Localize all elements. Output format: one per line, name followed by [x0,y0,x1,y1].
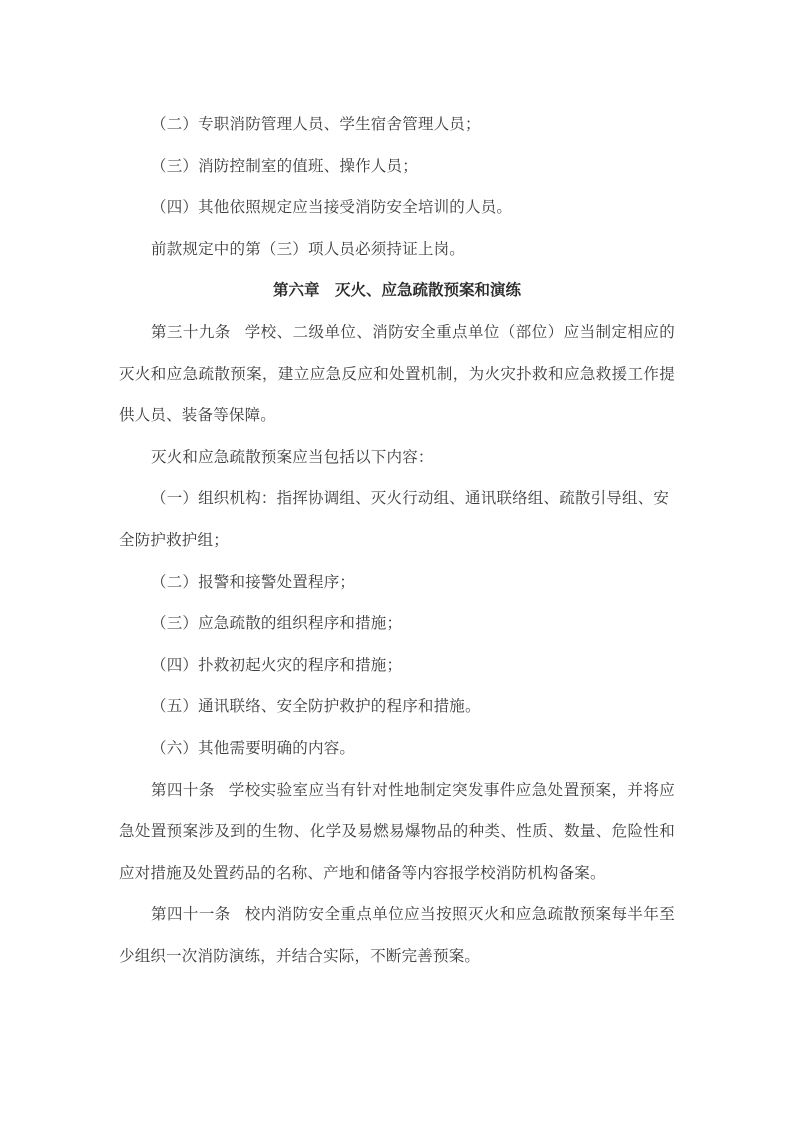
training-item-4: （四）其他依照规定应当接受消防安全培训的人员。 [119,187,675,229]
plan-item-2: （二）报警和接警处置程序； [119,562,675,604]
plan-item-1: （一）组织机构：指挥协调组、灭火行动组、通讯联络组、疏散引导组、安全防护救护组； [119,478,675,561]
chapter-heading: 第六章 灭火、应急疏散预案和演练 [119,270,675,312]
article-40-number: 第四十条 [151,781,215,799]
article-40: 第四十条学校实验室应当有针对性地制定突发事件应急处置预案，并将应急处置预案涉及到… [119,770,675,895]
article-41: 第四十一条校内消防安全重点单位应当按照灭火和应急疏散预案每半年至少组织一次消防演… [119,894,675,977]
plan-item-3: （三）应急疏散的组织程序和措施； [119,603,675,645]
article-41-number: 第四十一条 [151,905,231,923]
document-page: （二）专职消防管理人员、学生宿舍管理人员； （三）消防控制室的值班、操作人员； … [119,104,675,977]
plan-intro: 灭火和应急疏散预案应当包括以下内容： [119,437,675,479]
article-39: 第三十九条学校、二级单位、消防安全重点单位（部位）应当制定相应的灭火和应急疏散预… [119,312,675,437]
article-39-number: 第三十九条 [151,323,231,341]
training-item-3: （三）消防控制室的值班、操作人员； [119,146,675,188]
training-item-2: （二）专职消防管理人员、学生宿舍管理人员； [119,104,675,146]
plan-item-4: （四）扑救初起火灾的程序和措施； [119,645,675,687]
certification-note: 前款规定中的第（三）项人员必须持证上岗。 [119,229,675,271]
plan-item-5: （五）通讯联络、安全防护救护的程序和措施。 [119,686,675,728]
plan-item-6: （六）其他需要明确的内容。 [119,728,675,770]
